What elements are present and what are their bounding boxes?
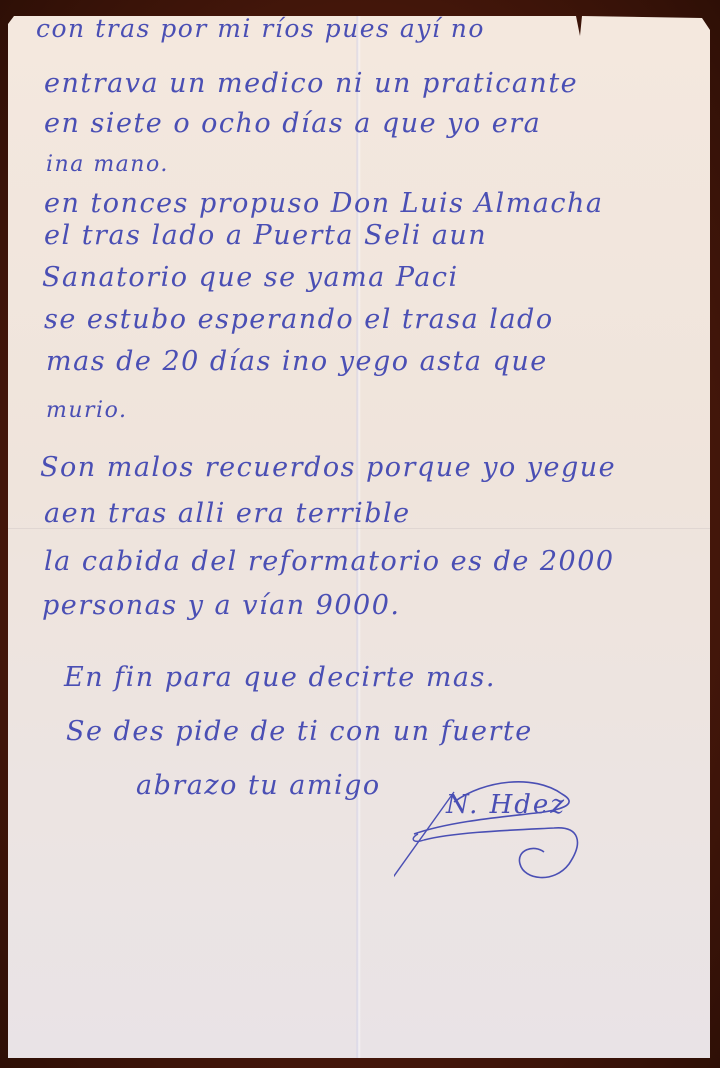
letter-line-17: abrazo tu amigo (136, 770, 381, 801)
letter-line-14: personas y a vían 9000. (42, 590, 400, 621)
signature: N. Hdez (394, 772, 594, 892)
letter-line-11: Son malos recuerdos porque yo yegue (40, 452, 616, 483)
letter-line-10: murio. (46, 398, 127, 423)
letter-line-1: con tras por mi ríos pues ayí no (36, 14, 485, 43)
letter-line-2: entrava un medico ni un praticante (44, 68, 578, 99)
letter-line-12: aen tras alli era terrible (44, 498, 411, 529)
letter-line-8: se estubo esperando el trasa lado (44, 304, 554, 335)
letter-line-3: en siete o ocho días a que yo era (44, 108, 541, 139)
letter-line-4: ina mano. (46, 152, 169, 177)
signature-name: N. Hdez (446, 790, 566, 820)
letter-line-13: la cabida del reformatorio es de 2000 (44, 546, 615, 577)
letter-line-9: mas de 20 días ino yego asta que (46, 346, 548, 377)
letter-line-5: en tonces propuso Don Luis Almacha (44, 188, 604, 219)
letter-line-7: Sanatorio que se yama Paci (42, 262, 459, 293)
letter-line-15: En fin para que decirte mas. (64, 662, 496, 693)
letter-page: con tras por mi ríos pues ayí no entrava… (8, 16, 710, 1058)
letter-line-6: el tras lado a Puerta Seli aun (44, 220, 487, 251)
letter-line-16: Se des pide de ti con un fuerte (66, 716, 533, 747)
